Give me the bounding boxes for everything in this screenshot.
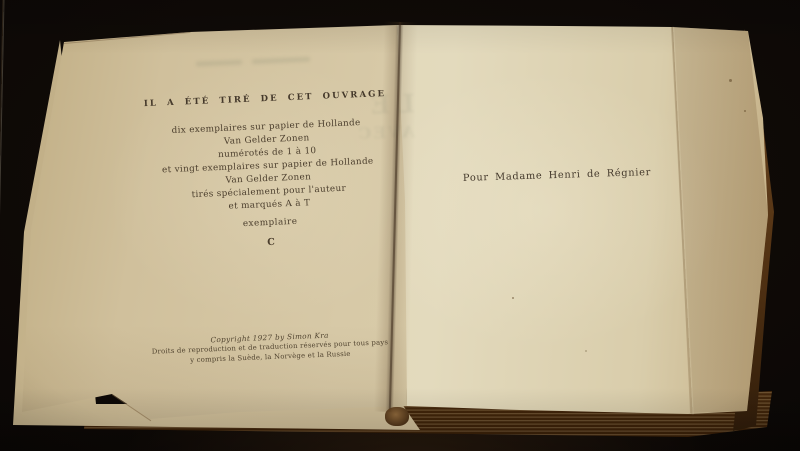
book-photograph: LE AVEC IL A ÉTÉ TIRÉ DE CET OUVRAGE dix… bbox=[0, 0, 800, 451]
ghost-streak bbox=[252, 56, 310, 63]
foxing-speck bbox=[512, 297, 514, 299]
left-page-vertical-crease bbox=[0, 0, 4, 240]
foxing-speck bbox=[729, 79, 732, 82]
foxing-speck bbox=[585, 350, 587, 352]
foxing-speck bbox=[744, 110, 746, 112]
limitation-notice: IL A ÉTÉ TIRÉ DE CET OUVRAGE dix exempla… bbox=[117, 88, 419, 254]
binding-sewing-knot bbox=[385, 407, 409, 426]
ghost-streak bbox=[196, 59, 242, 66]
